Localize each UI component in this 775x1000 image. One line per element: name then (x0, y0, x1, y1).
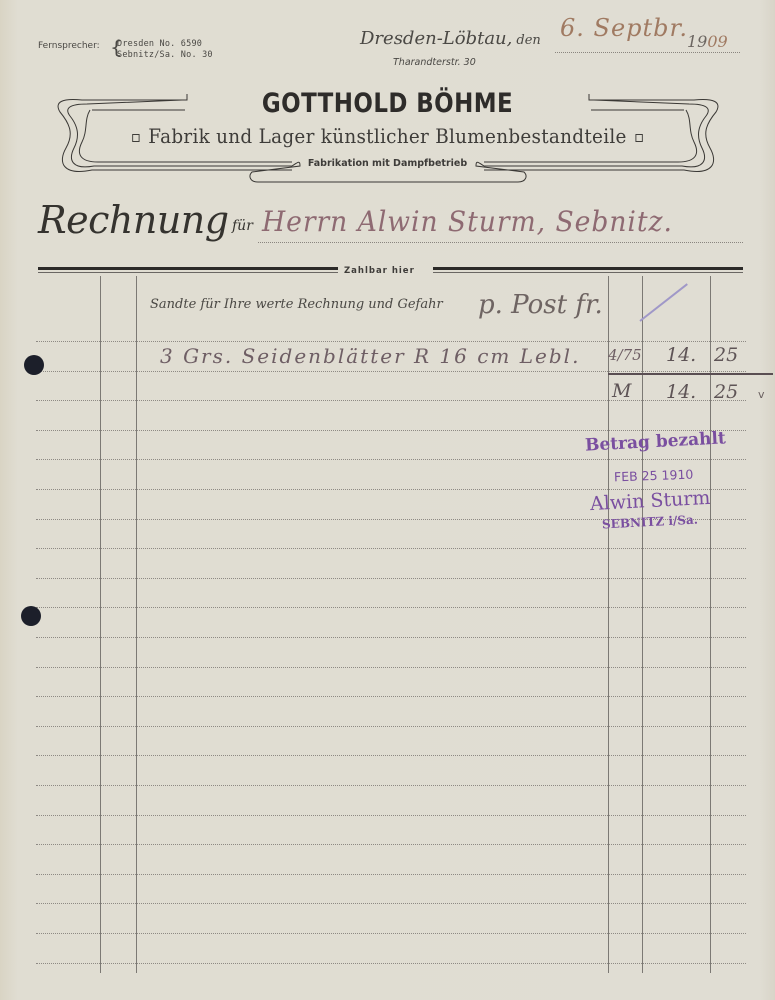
column-divider (136, 276, 137, 973)
column-divider (642, 276, 643, 973)
column-divider (100, 276, 101, 973)
line-item-unit-price: 4/75 (608, 346, 642, 364)
ledger-row-rule (36, 459, 746, 460)
ledger-row-rule (36, 844, 746, 845)
shipping-preprinted-text: Sandte für Ihre werte Rechnung und Gefah… (150, 297, 443, 312)
column-divider (608, 276, 609, 973)
total-amount-pfennig: 25 (714, 381, 738, 403)
phone-sebnitz: Sebnitz/Sa. No. 30 (117, 50, 213, 61)
ledger-row-rule (36, 903, 746, 904)
den-label: den (516, 33, 540, 48)
punch-hole (21, 606, 41, 626)
ledger-row-rule (36, 400, 746, 401)
ledger-row-rule (36, 726, 746, 727)
ledger-row-rule (36, 548, 746, 549)
ledger-row-rule (36, 667, 746, 668)
column-divider (710, 276, 711, 973)
for-label: für (232, 218, 253, 234)
punch-hole (24, 355, 44, 375)
handwritten-date: 6. Septbr. (560, 14, 688, 42)
ledger-row-rule (36, 578, 746, 579)
place-name: Dresden-Löbtau, (360, 28, 512, 49)
ledger-row-rule (36, 371, 746, 372)
tagline-text: Fabrik und Lager künstlicher Blumenbesta… (148, 124, 626, 148)
phone-dresden: Dresden No. 6590 (117, 39, 213, 50)
ledger-row-rule (36, 785, 746, 786)
year-prefix: 19 (687, 32, 707, 51)
ledger-row-rule (36, 933, 746, 934)
phone-label: Fernsprecher: (38, 41, 100, 51)
ledger-row-rule (36, 963, 746, 964)
square-ornament-icon (636, 134, 643, 142)
ledger-row-rule (36, 874, 746, 875)
square-ornament-icon (132, 134, 139, 142)
recipient-dotted-line (258, 242, 743, 243)
ledger-row-rule (36, 637, 746, 638)
ledger-row-rule (36, 607, 746, 608)
street-address: Tharandterstr. 30 (393, 57, 476, 68)
paid-stamp-date: FEB 25 1910 (614, 467, 694, 485)
shipping-method-handwritten: p. Post fr. (478, 290, 603, 320)
place-line: Dresden-Löbtau,den (360, 28, 541, 49)
payable-here-label: Zahlbar hier (344, 266, 415, 276)
company-tagline: Fabrik und Lager künstlicher Blumenbesta… (31, 124, 744, 148)
ledger-row-rule (36, 755, 746, 756)
year-suffix: 09 (707, 32, 727, 51)
ledger-row-rule (36, 430, 746, 431)
header-rule-right (433, 267, 743, 273)
company-subtagline: Fabrikation mit Dampfbetrieb (0, 158, 775, 169)
line-item-amount-pfennig: 25 (714, 344, 738, 366)
line-item-description: 3 Grs. Seidenblätter R 16 cm Lebl. (160, 344, 580, 368)
date-dotted-line (555, 52, 740, 53)
header-rule-left (38, 267, 338, 273)
total-currency-unit: M (612, 380, 631, 402)
invoice-title: Rechnung (38, 198, 229, 242)
ledger-row-rule (36, 341, 746, 342)
company-name: GOTTHOLD BÖHME (58, 88, 717, 119)
ledger-row-rule (36, 815, 746, 816)
recipient-handwritten: Herrn Alwin Sturm, Sebnitz. (262, 205, 673, 238)
date-year: 1909 (687, 32, 728, 51)
phone-numbers: Dresden No. 6590 Sebnitz/Sa. No. 30 (117, 39, 213, 61)
line-item-amount-mark: 14. (666, 344, 696, 366)
check-mark: v (758, 388, 765, 401)
total-underline (608, 373, 773, 375)
ledger-row-rule (36, 696, 746, 697)
total-amount-mark: 14. (666, 381, 696, 403)
